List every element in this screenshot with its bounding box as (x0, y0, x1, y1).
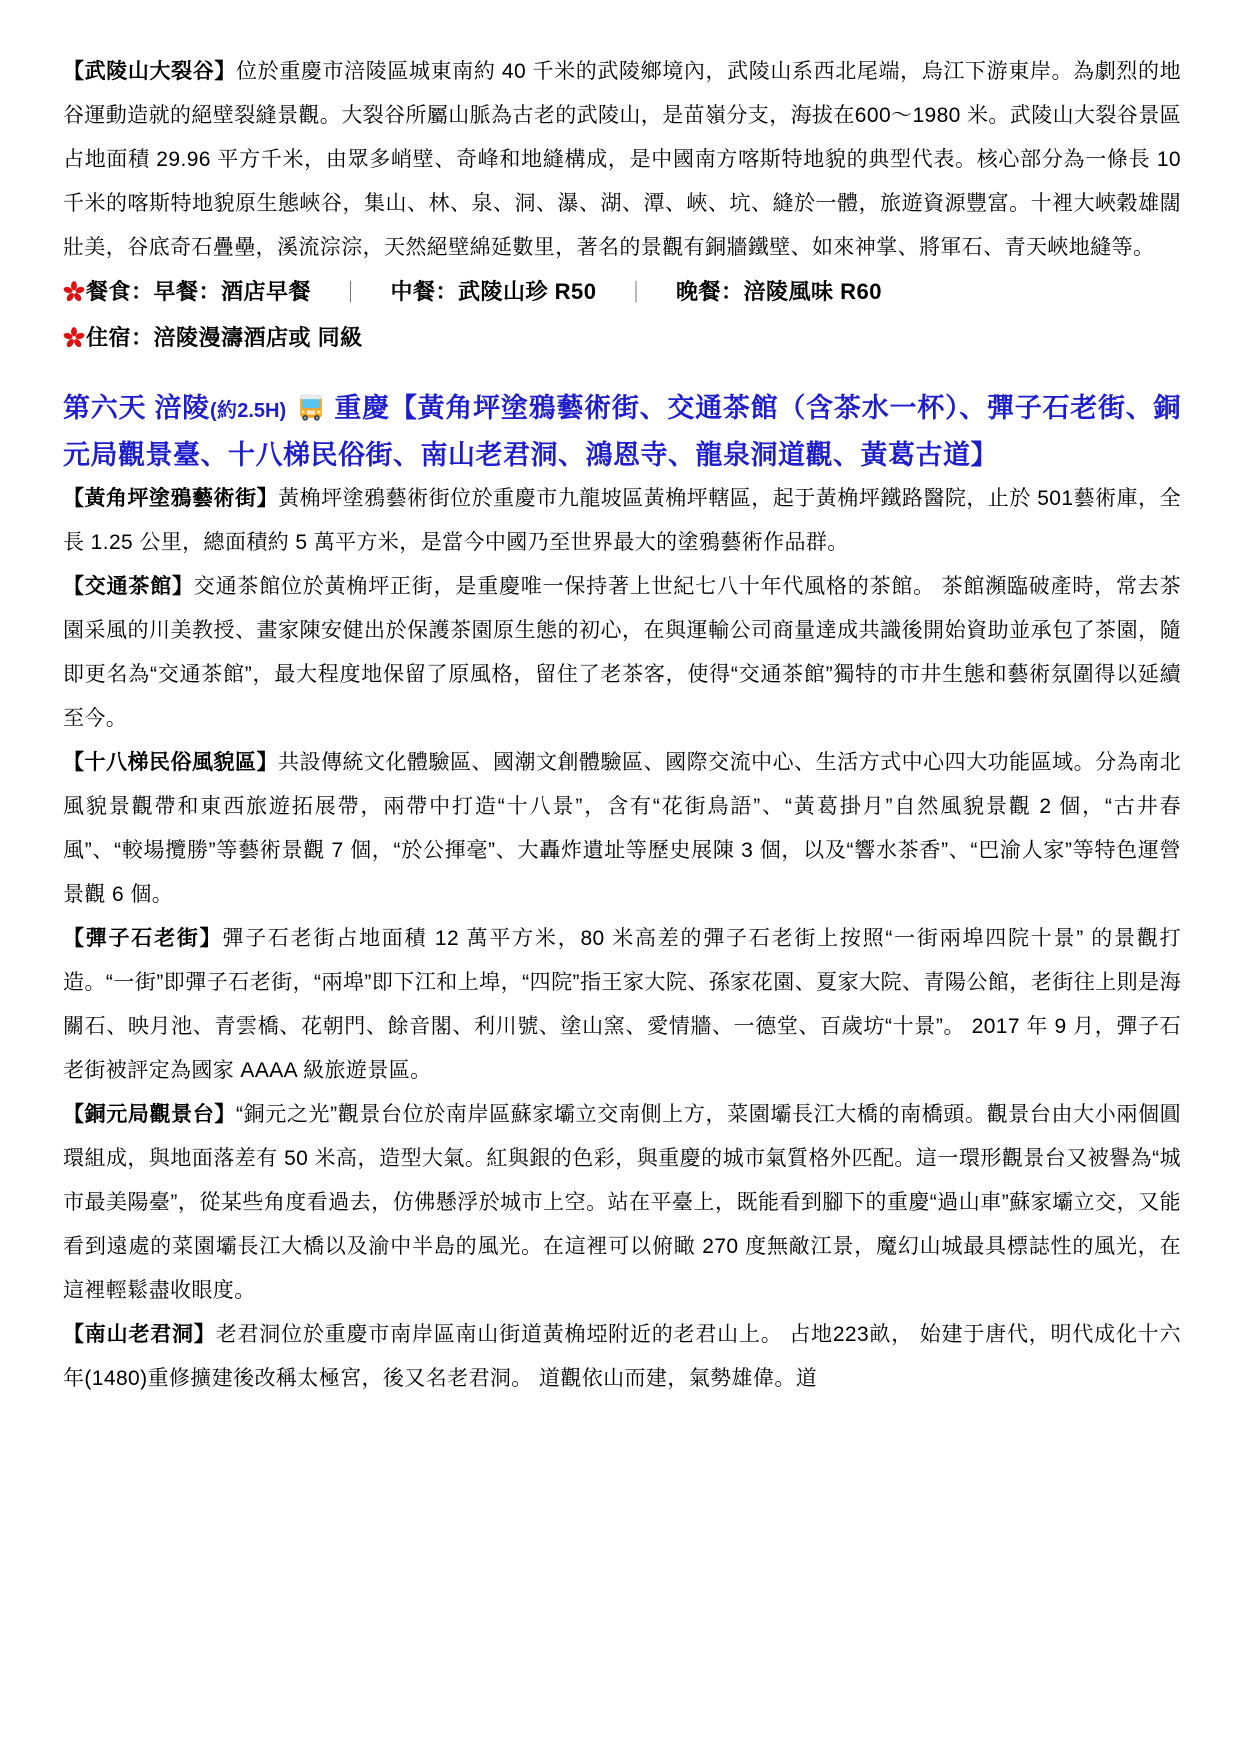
paragraph-title-tongyuanju: 【銅元局觀景台】 (63, 1103, 236, 1126)
paragraph-title-graffiti-street: 【黃角坪塗鴉藝術街】 (63, 487, 278, 510)
bus-icon (296, 386, 326, 430)
paragraph-title-jiaotong-teahouse: 【交通茶館】 (63, 575, 194, 598)
paragraph-text-shibati: 共設傳統文化體驗區、國潮文創體驗區、國際交流中心、生活方式中心四大功能區域。分為… (63, 751, 1181, 906)
day6-label: 第六天 涪陵 (63, 393, 210, 423)
meals-separator: ｜ (341, 269, 361, 320)
paragraph-title-danzishi: 【彈子石老街】 (63, 927, 222, 950)
paragraph-wulingshan-rift: 【武陵山大裂谷】位於重慶市涪陵區城東南約 40 千米的武陵鄉境內，武陵山系西北尾… (63, 50, 1181, 270)
meals-line: 餐食：早餐：酒店早餐｜中餐：武陵山珍 R50｜晚餐：涪陵風味 R60 (63, 270, 1181, 316)
paragraph-laojundong: 【南山老君洞】老君洞位於重慶市南岸區南山街道黃桷埡附近的老君山上。 占地223畝… (63, 1313, 1181, 1401)
paragraph-danzishi: 【彈子石老街】彈子石老街占地面積 12 萬平方米，80 米高差的彈子石老街上按照… (63, 917, 1181, 1093)
paragraph-text-danzishi: 彈子石老街占地面積 12 萬平方米，80 米高差的彈子石老街上按照“一街兩埠四院… (63, 927, 1181, 1082)
paragraph-text-tongyuanju: “銅元之光”觀景台位於南岸區蘇家壩立交南側上方，菜園壩長江大橋的南橋頭。觀景台由… (63, 1103, 1181, 1302)
itinerary-document-page: 【武陵山大裂谷】位於重慶市涪陵區城東南約 40 千米的武陵鄉境內，武陵山系西北尾… (0, 0, 1241, 1755)
paragraph-title-laojundong: 【南山老君洞】 (63, 1323, 216, 1346)
meals-lunch: 中餐：武陵山珍 R50 (391, 279, 597, 304)
paragraph-shibati: 【十八梯民俗風貌區】共設傳統文化體驗區、國潮文創體驗區、國際交流中心、生活方式中… (63, 741, 1181, 917)
paragraph-title-shibati: 【十八梯民俗風貌區】 (63, 751, 278, 774)
paragraph-text-wulingshan: 位於重慶市涪陵區城東南約 40 千米的武陵鄉境內，武陵山系西北尾端，烏江下游東岸… (63, 60, 1181, 259)
paragraph-tongyuanju: 【銅元局觀景台】“銅元之光”觀景台位於南岸區蘇家壩立交南側上方，菜園壩長江大橋的… (63, 1093, 1181, 1313)
red-flower-icon (63, 270, 85, 314)
red-flower-icon (63, 316, 85, 360)
lodging-line: 住宿：涪陵漫濤酒店或 同級 (63, 316, 1181, 360)
paragraph-jiaotong-teahouse: 【交通茶館】交通茶館位於黃桷坪正街，是重慶唯一保持著上世紀七八十年代風格的茶館。… (63, 565, 1181, 741)
meals-dinner: 晚餐：涪陵風味 R60 (676, 279, 882, 304)
paragraph-title-wulingshan: 【武陵山大裂谷】 (63, 60, 236, 83)
day6-heading: 第六天 涪陵(約2.5H)重慶【黃角坪塗鴉藝術街、交通茶館（含茶水一杯）、彈子石… (63, 386, 1181, 477)
day6-duration: (約2.5H) (210, 400, 286, 422)
paragraph-graffiti-street: 【黃角坪塗鴉藝術街】黃桷坪塗鴉藝術街位於重慶市九龍坡區黃桷坪轄區，起于黃桷坪鐵路… (63, 477, 1181, 565)
meals-breakfast: 餐食：早餐：酒店早餐 (86, 279, 311, 304)
paragraph-text-jiaotong-teahouse: 交通茶館位於黃桷坪正街，是重慶唯一保持著上世紀七八十年代風格的茶館。 茶館瀕臨破… (63, 575, 1181, 730)
lodging-text: 住宿：涪陵漫濤酒店或 同級 (86, 325, 363, 350)
paragraph-text-laojundong: 老君洞位於重慶市南岸區南山街道黃桷埡附近的老君山上。 占地223畝， 始建于唐代… (63, 1323, 1181, 1390)
meals-separator-2: ｜ (627, 269, 647, 320)
